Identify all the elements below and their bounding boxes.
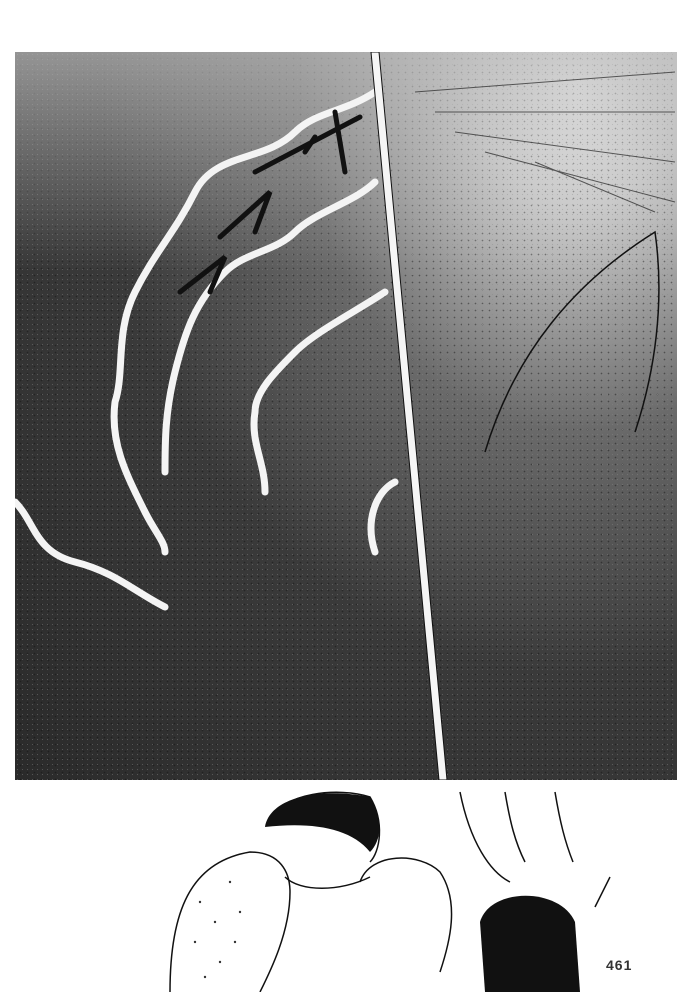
page-number: 461 — [606, 957, 632, 973]
pole — [371, 52, 447, 780]
top-panel-art — [15, 52, 677, 780]
creature-outline — [485, 232, 659, 452]
sound-effect — [180, 112, 360, 292]
smoke-wisps — [15, 92, 395, 607]
dark-hair — [265, 793, 379, 852]
bottom-panel — [140, 782, 620, 992]
top-panel — [15, 52, 677, 780]
light-rays — [415, 72, 675, 212]
characters-art — [140, 782, 620, 992]
dark-hair-right — [480, 896, 580, 992]
